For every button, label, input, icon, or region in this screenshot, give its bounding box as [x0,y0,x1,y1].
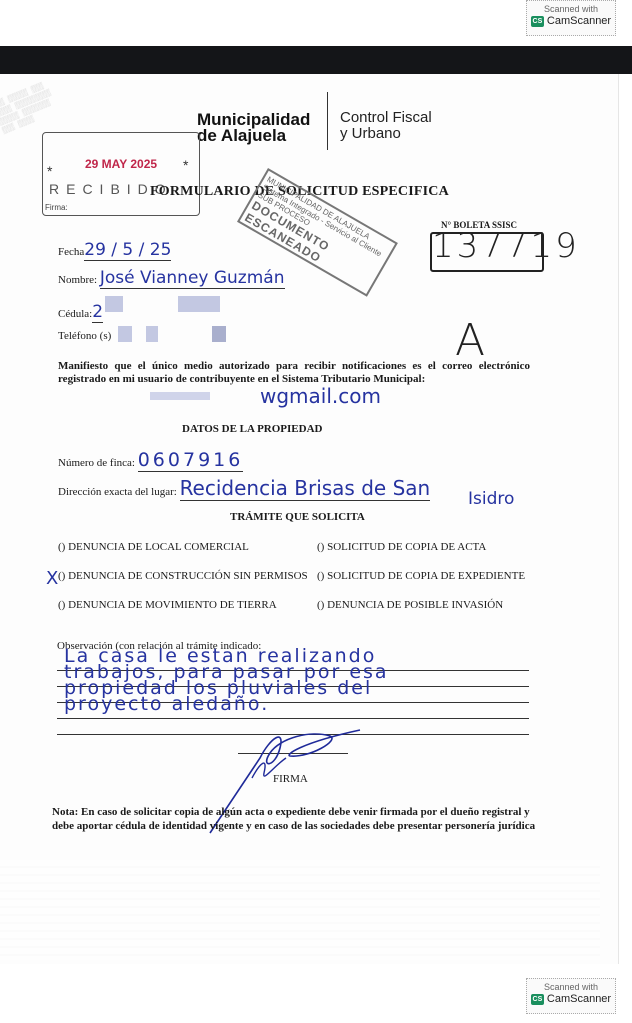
redaction-block [118,326,132,342]
observacion-text: La casa le estan realizando trabajos, pa… [64,648,524,712]
option-local-comercial[interactable]: () DENUNCIA DE LOCAL COMERCIAL [58,541,249,553]
camscanner-logo-icon: CS [531,994,544,1005]
finca-field: Número de finca: 0607916 [58,449,243,471]
badge-caption: Scanned with [527,982,615,992]
department-name: Control Fiscal y Urbano [340,110,432,142]
redaction-block [178,296,220,312]
telefono-label: Teléfono (s) [58,330,111,342]
fecha-value: 29 / 5 / 25 [84,240,171,261]
stamp-firma-label: Firma: [45,203,68,212]
badge-brand: CamScanner [547,993,611,1005]
header-divider [327,92,328,150]
stamp-date: 29 MAY 2025 [85,157,157,171]
star-icon: * [47,163,52,179]
option-movimiento-tierra[interactable]: () DENUNCIA DE MOVIMIENTO DE TIERRA [58,599,277,611]
dept-line1: Control Fiscal [340,110,432,126]
direccion-value-line2: Isidro [468,489,514,509]
bleed-through-rows [0,860,600,960]
fecha-field: Fecha29 / 5 / 25 [58,240,171,260]
camscanner-badge-bottom: Scanned with CSCamScanner [526,978,616,1014]
option-copia-acta[interactable]: () SOLICITUD DE COPIA DE ACTA [317,541,486,553]
direccion-label: Dirección exacta del lugar: [58,486,177,498]
nota-text: Nota: En caso de solicitar copia de algú… [52,805,542,833]
option-copia-expediente[interactable]: () SOLICITUD DE COPIA DE EXPEDIENTE [317,570,525,582]
received-stamp: * * 29 MAY 2025 RECIBIDO Firma: [42,132,200,216]
manifiesto-text: Manifiesto que el único medio autorizado… [58,360,530,386]
option-construccion-sin-permisos[interactable]: () DENUNCIA DE CONSTRUCCIÓN SIN PERMISOS [58,570,308,582]
nombre-field: Nombre: José Vianney Guzmán [58,268,285,288]
cedula-field: Cédula:2 [58,302,103,322]
finca-value: 0607916 [138,449,244,472]
firma-label: FIRMA [273,773,308,785]
option-posible-invasion[interactable]: () DENUNCIA DE POSIBLE INVASIÓN [317,599,503,611]
redaction-block [105,296,123,312]
tramite-section-title: TRÁMITE QUE SOLICITA [230,511,365,523]
redaction-block [146,326,158,342]
property-section-title: DATOS DE LA PROPIEDAD [182,423,322,435]
finca-label: Número de finca: [58,457,135,469]
nombre-label: Nombre: [58,274,97,286]
org-name-line2: de Alajuela [197,128,310,144]
email-value: wgmail.com [260,384,381,408]
camscanner-badge-top: Scanned with CSCamScanner [526,0,616,36]
municipality-logo-text: Municipalidad de Alajuela [197,112,310,144]
camscanner-logo-icon: CS [531,16,544,27]
telefono-field: Teléfono (s) [58,330,111,342]
badge-caption: Scanned with [527,4,615,14]
initial-mark: A [455,315,485,366]
cedula-label: Cédula: [58,308,92,320]
checkmark-icon: X [46,568,58,589]
star-icon: * [183,157,188,173]
direccion-value: Recidencia Brisas de San [180,476,431,501]
cedula-value: 2 [92,302,103,323]
nombre-value: José Vianney Guzmán [100,268,285,289]
redaction-block [150,392,210,400]
fecha-label: Fecha [58,246,84,258]
dept-line2: y Urbano [340,126,432,142]
redaction-block [212,326,226,342]
badge-brand: CamScanner [547,15,611,27]
boleta-number: 137719 [432,226,580,266]
direccion-field: Dirección exacta del lugar: Recidencia B… [58,476,430,500]
